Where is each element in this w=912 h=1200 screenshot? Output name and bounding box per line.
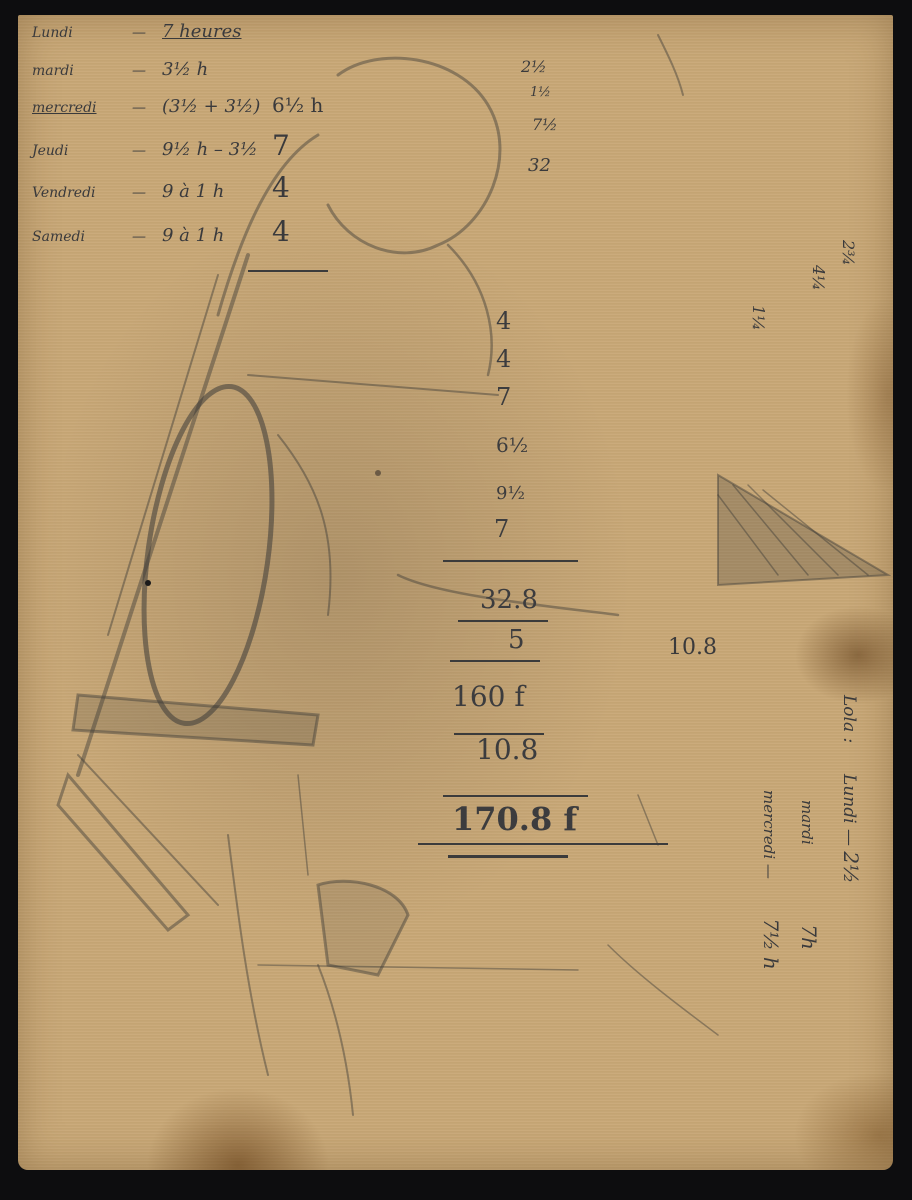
hours-value: 3½ h (162, 59, 272, 80)
day-label: Vendredi (32, 185, 132, 201)
product: 160 f (452, 680, 525, 713)
addend: 6½ (496, 433, 528, 457)
lola-value: 7½ h (759, 918, 783, 969)
addend: 7 (494, 515, 509, 543)
lola-row: Lola : Lundi — 2½ (839, 695, 863, 883)
addend: 9½ (496, 483, 525, 504)
day-label: Lundi (32, 25, 132, 41)
sum-rule (450, 660, 540, 662)
hours-value: (3½ + 3½) (162, 96, 272, 117)
column-value: 2½ (521, 57, 547, 76)
hours-total: 6½ h (272, 93, 323, 117)
day-label: mercredi (32, 100, 132, 116)
sum-rule (458, 620, 548, 622)
weekly-row: Vendredi—9 à 1 h4 (32, 171, 290, 204)
addend: 4 (496, 307, 511, 335)
day-label: Samedi (32, 229, 132, 245)
hours-value: 9½ h – 3½ (162, 139, 272, 160)
total-rule (248, 270, 328, 272)
lola-row: mardi 7h (797, 800, 821, 950)
column-value: 32 (528, 155, 551, 176)
sum-rule (443, 560, 578, 562)
lola-day: mardi (798, 800, 816, 845)
lola-value: 7h (797, 924, 821, 950)
weekly-row: mercredi—(3½ + 3½)6½ h (32, 93, 323, 117)
day-label: Jeudi (32, 143, 132, 159)
hours-value: 7 heures (162, 21, 272, 42)
lola-row: mercredi — 7½ h (759, 790, 783, 970)
fraction-value: 1¼ (749, 305, 768, 331)
grand-total: 170.8 f (452, 800, 577, 838)
hours-total: 7 (272, 129, 290, 162)
side-value: 10.8 (668, 635, 717, 660)
total-underline (418, 843, 668, 845)
lola-day: mercredi (760, 790, 778, 859)
paper-sheet: Lundi—7 heures mardi—3½ h mercredi—(3½ +… (18, 15, 893, 1170)
extra: 10.8 (476, 733, 538, 766)
hours-total: 4 (272, 215, 290, 248)
weekly-row: mardi—3½ h (32, 59, 272, 80)
lola-day: Lundi (839, 774, 859, 824)
column-value: 1½ (530, 85, 551, 100)
multiplier: 5 (508, 625, 525, 655)
fraction-value: 4¼ (809, 265, 828, 291)
fraction-value: 2¾ (839, 240, 858, 266)
addend: 4 (496, 345, 511, 373)
hours-value: 9 à 1 h (162, 225, 272, 246)
sum-rule (443, 795, 588, 797)
weekly-row: Lundi—7 heures (32, 21, 272, 42)
addend: 7 (496, 383, 511, 411)
lola-title: Lola : (839, 695, 859, 743)
total-underline (448, 855, 568, 858)
weekly-row: Jeudi—9½ h – 3½7 (32, 129, 290, 162)
lola-value: 2½ (839, 851, 863, 883)
hours-value: 9 à 1 h (162, 181, 272, 202)
hours-total: 4 (272, 171, 290, 204)
day-label: mardi (32, 63, 132, 79)
subtotal: 32.8 (480, 585, 538, 615)
column-value: 7½ (532, 115, 558, 134)
weekly-row: Samedi—9 à 1 h4 (32, 215, 290, 248)
